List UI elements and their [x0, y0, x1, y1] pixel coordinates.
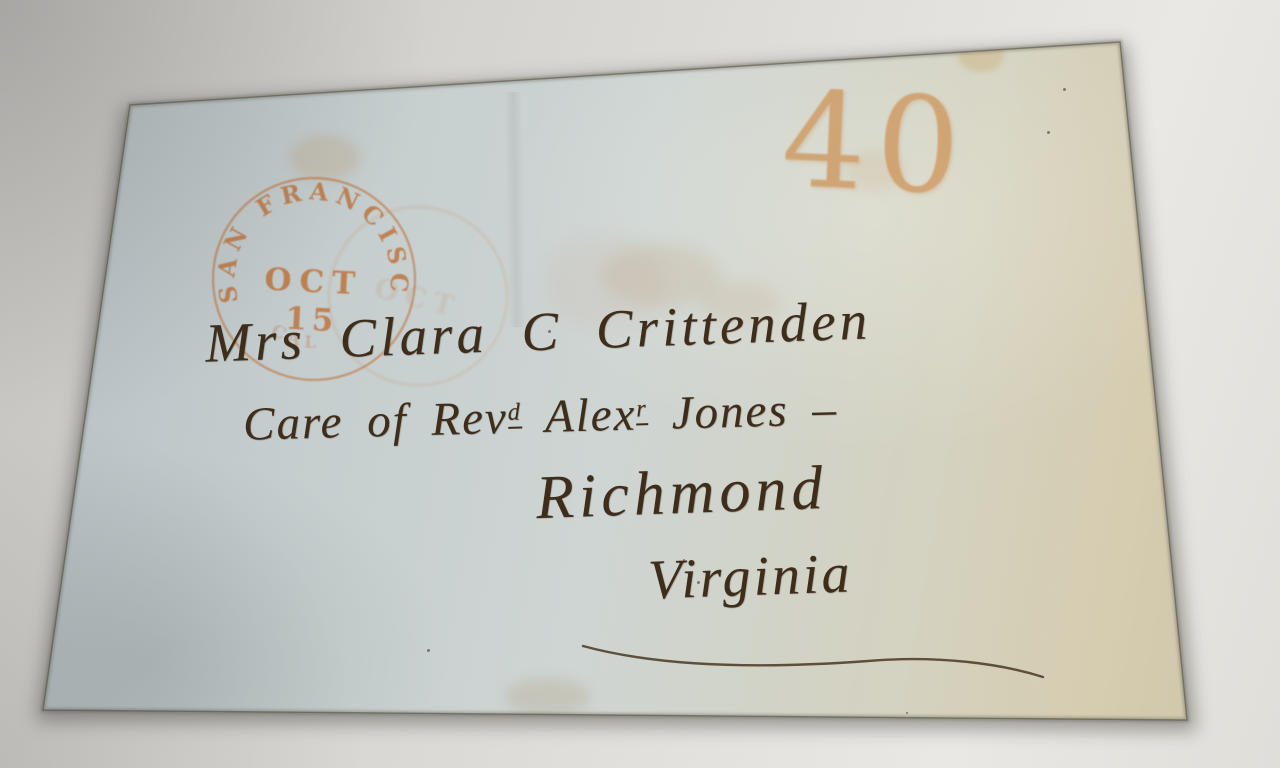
postmark-date-month: OCT	[264, 261, 364, 302]
address-line-city: Richmond	[535, 453, 829, 534]
address-line-state: Virginia	[647, 541, 854, 612]
ink-speck	[1047, 131, 1050, 134]
alex-text: Alex	[521, 388, 637, 443]
address-line-care-of: Care of Revd Alexr Jones –	[242, 382, 838, 452]
ink-speck	[906, 712, 908, 714]
care-of-text: Care of Rev	[242, 392, 508, 451]
photo-scene: OCT SAN FRANCISCO CAL OCT 15 40 Mrs Clar…	[0, 0, 1280, 768]
superscript-d: d	[507, 398, 522, 428]
rate-marking-40: 40	[779, 74, 973, 214]
ink-speck	[427, 649, 430, 652]
envelope-cover: OCT SAN FRANCISCO CAL OCT 15 40 Mrs Clar…	[0, 0, 1280, 768]
superscript-r: r	[636, 395, 648, 425]
jones-text: Jones –	[647, 383, 838, 440]
ink-speck	[1063, 88, 1066, 91]
paper-stain	[505, 678, 590, 716]
flourish-underline	[0, 0, 1280, 768]
